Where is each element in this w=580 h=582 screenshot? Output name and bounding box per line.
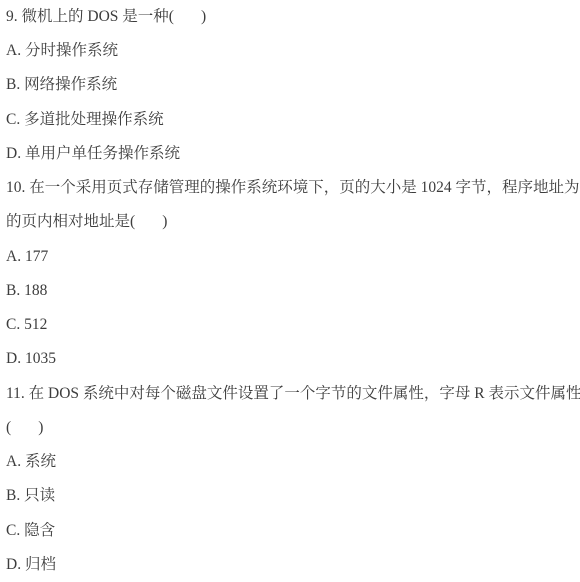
question-10-option-d: D. 1035 <box>6 342 580 376</box>
question-10-stem-line-1: 10. 在一个采用页式存储管理的操作系统环境下，页的大小是 1024 字节，程序… <box>6 171 580 205</box>
question-9: 9. 微机上的 DOS 是一种( ) A. 分时操作系统 B. 网络操作系统 C… <box>6 0 580 171</box>
question-10-option-a: A. 177 <box>6 240 580 274</box>
question-11-option-b: B. 只读 <box>6 479 580 513</box>
question-9-stem: 9. 微机上的 DOS 是一种( ) <box>6 0 580 34</box>
question-11-stem-line-1: 11. 在 DOS 系统中对每个磁盘文件设置了一个字节的文件属性，字母 R 表示… <box>6 377 580 411</box>
question-11-option-d: D. 归档 <box>6 548 580 582</box>
question-9-option-d: D. 单用户单任务操作系统 <box>6 137 580 171</box>
question-9-option-a: A. 分时操作系统 <box>6 34 580 68</box>
question-10: 10. 在一个采用页式存储管理的操作系统环境下，页的大小是 1024 字节，程序… <box>6 171 580 376</box>
question-10-option-c: C. 512 <box>6 308 580 342</box>
question-11-option-c: C. 隐含 <box>6 514 580 548</box>
question-9-option-c: C. 多道批处理操作系统 <box>6 103 580 137</box>
question-10-option-b: B. 188 <box>6 274 580 308</box>
question-9-option-b: B. 网络操作系统 <box>6 68 580 102</box>
question-11: 11. 在 DOS 系统中对每个磁盘文件设置了一个字节的文件属性，字母 R 表示… <box>6 377 580 582</box>
question-11-stem-line-2: ( ) <box>6 411 580 445</box>
question-10-stem-line-2: 的页内相对地址是( ) <box>6 205 580 239</box>
exam-document-page: 9. 微机上的 DOS 是一种( ) A. 分时操作系统 B. 网络操作系统 C… <box>0 0 580 582</box>
question-11-option-a: A. 系统 <box>6 445 580 479</box>
